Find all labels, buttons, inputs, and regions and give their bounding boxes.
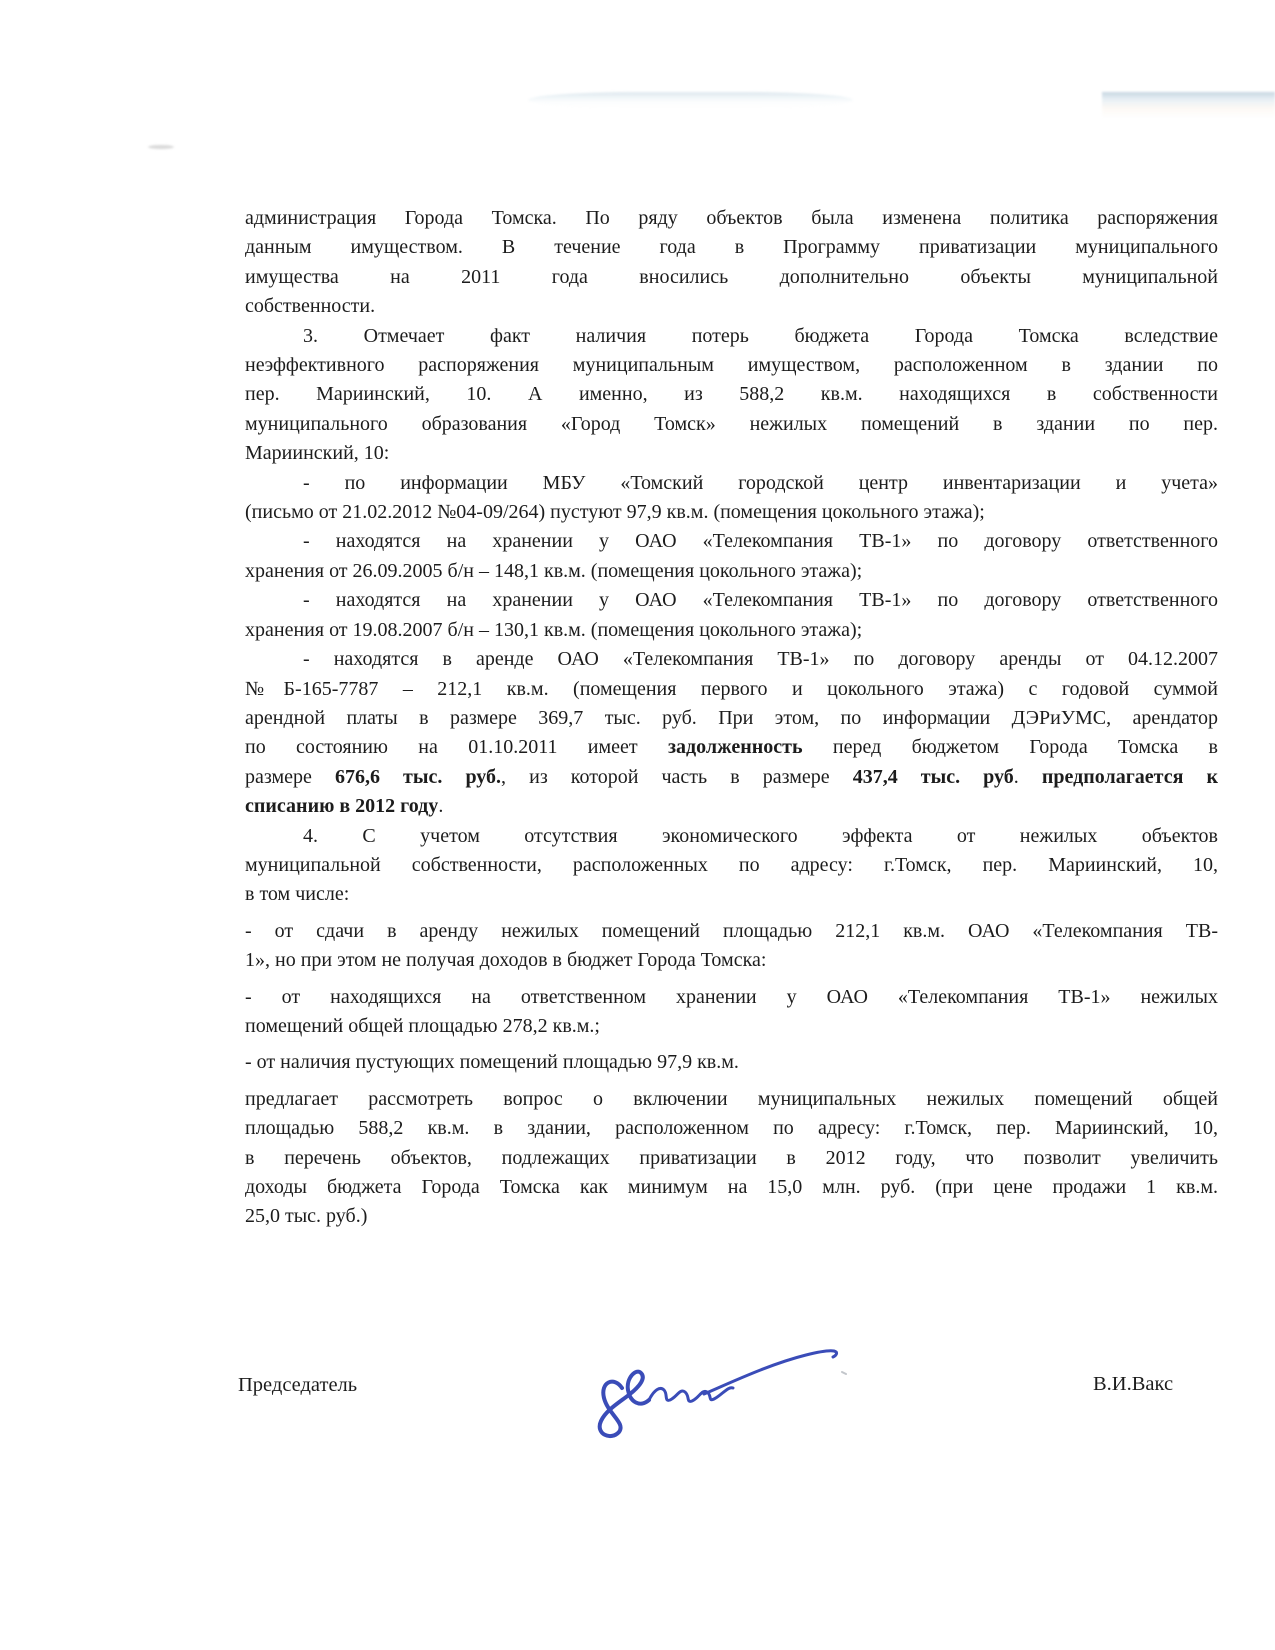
text-line: в перечень объектов, подлежащих приватиз… xyxy=(245,1144,1218,1173)
paragraph: 4. С учетом отсутствия экономического эф… xyxy=(245,822,1218,910)
signatory-name: В.И.Вакс xyxy=(1093,1373,1173,1396)
text-line: неэффективного распоряжения муниципальны… xyxy=(245,351,1218,380)
text-line: №Б-165-7787 – 212,1 кв.м. (помещения пер… xyxy=(245,675,1218,704)
text-line: пер. Мариинский, 10. А именно, из 588,2 … xyxy=(245,380,1218,409)
text-line: предлагает рассмотреть вопрос о включени… xyxy=(245,1085,1218,1114)
text-line: размере 676,6 тыс. руб., из которой част… xyxy=(245,763,1218,792)
scan-artifact-streak xyxy=(1102,92,1275,118)
handwritten-signature-icon xyxy=(592,1328,848,1448)
text-line: данным имуществом. В течение года в Прог… xyxy=(245,233,1218,262)
text-line: 25,0 тыс. руб.) xyxy=(245,1202,1218,1231)
text-line: муниципальной собственности, расположенн… xyxy=(245,851,1218,880)
text-line: (письмо от 21.02.2012 №04-09/264) пустую… xyxy=(245,498,1218,527)
text-line: собственности. xyxy=(245,292,1218,321)
text-line: - находятся на хранении у ОАО «Телекомпа… xyxy=(245,527,1218,556)
text-line: в том числе: xyxy=(245,880,1218,909)
text-line: муниципального образования «Город Томск»… xyxy=(245,410,1218,439)
paragraph: - от находящихся на ответственном хранен… xyxy=(245,983,1218,1042)
text-line: - от сдачи в аренду нежилых помещений пл… xyxy=(245,917,1218,946)
text-line: - от наличия пустующих помещений площадь… xyxy=(245,1048,1218,1077)
text-line: помещений общей площадью 278,2 кв.м.; xyxy=(245,1012,1218,1041)
paragraph: администрация Города Томска. По ряду объ… xyxy=(245,204,1218,322)
text-line: - находятся в аренде ОАО «Телекомпания Т… xyxy=(245,645,1218,674)
paragraph: 3. Отмечает факт наличия потерь бюджета … xyxy=(245,322,1218,469)
text-line: Мариинский, 10: xyxy=(245,439,1218,468)
scan-artifact-speck xyxy=(148,145,174,149)
text-line: имущества на 2011 года вносились дополни… xyxy=(245,263,1218,292)
text-line: площадью 588,2 кв.м. в здании, расположе… xyxy=(245,1114,1218,1143)
text-line: доходы бюджета Города Томска как минимум… xyxy=(245,1173,1218,1202)
text-line: списанию в 2012 году. xyxy=(245,792,1218,821)
paragraph: - от сдачи в аренду нежилых помещений пл… xyxy=(245,917,1218,976)
paragraph: - находятся в аренде ОАО «Телекомпания Т… xyxy=(245,645,1218,821)
paragraph: - по информации МБУ «Томский городской ц… xyxy=(245,469,1218,528)
text-line: арендной платы в размере 369,7 тыс. руб.… xyxy=(245,704,1218,733)
text-line: - от находящихся на ответственном хранен… xyxy=(245,983,1218,1012)
text-line: 1», но при этом не получая доходов в бюд… xyxy=(245,946,1218,975)
paragraph: предлагает рассмотреть вопрос о включени… xyxy=(245,1085,1218,1232)
text-line: 4. С учетом отсутствия экономического эф… xyxy=(245,822,1218,851)
paragraph: - находятся на хранении у ОАО «Телекомпа… xyxy=(245,527,1218,586)
scan-artifact-streak xyxy=(528,92,853,108)
paragraph: - от наличия пустующих помещений площадь… xyxy=(245,1048,1218,1077)
text-line: администрация Города Томска. По ряду объ… xyxy=(245,204,1218,233)
text-line: по состоянию на 01.10.2011 имеет задолже… xyxy=(245,733,1218,762)
paragraph: - находятся на хранении у ОАО «Телекомпа… xyxy=(245,586,1218,645)
text-line: - находятся на хранении у ОАО «Телекомпа… xyxy=(245,586,1218,615)
text-line: - по информации МБУ «Томский городской ц… xyxy=(245,469,1218,498)
document-body: администрация Города Томска. По ряду объ… xyxy=(245,204,1218,1232)
scanned-document-page: { "page": { "background": "#ffffff", "te… xyxy=(0,0,1275,1650)
text-line: хранения от 19.08.2007 б/н – 130,1 кв.м.… xyxy=(245,616,1218,645)
text-line: 3. Отмечает факт наличия потерь бюджета … xyxy=(245,322,1218,351)
text-line: хранения от 26.09.2005 б/н – 148,1 кв.м.… xyxy=(245,557,1218,586)
signature-role-label: Председатель xyxy=(238,1374,357,1397)
